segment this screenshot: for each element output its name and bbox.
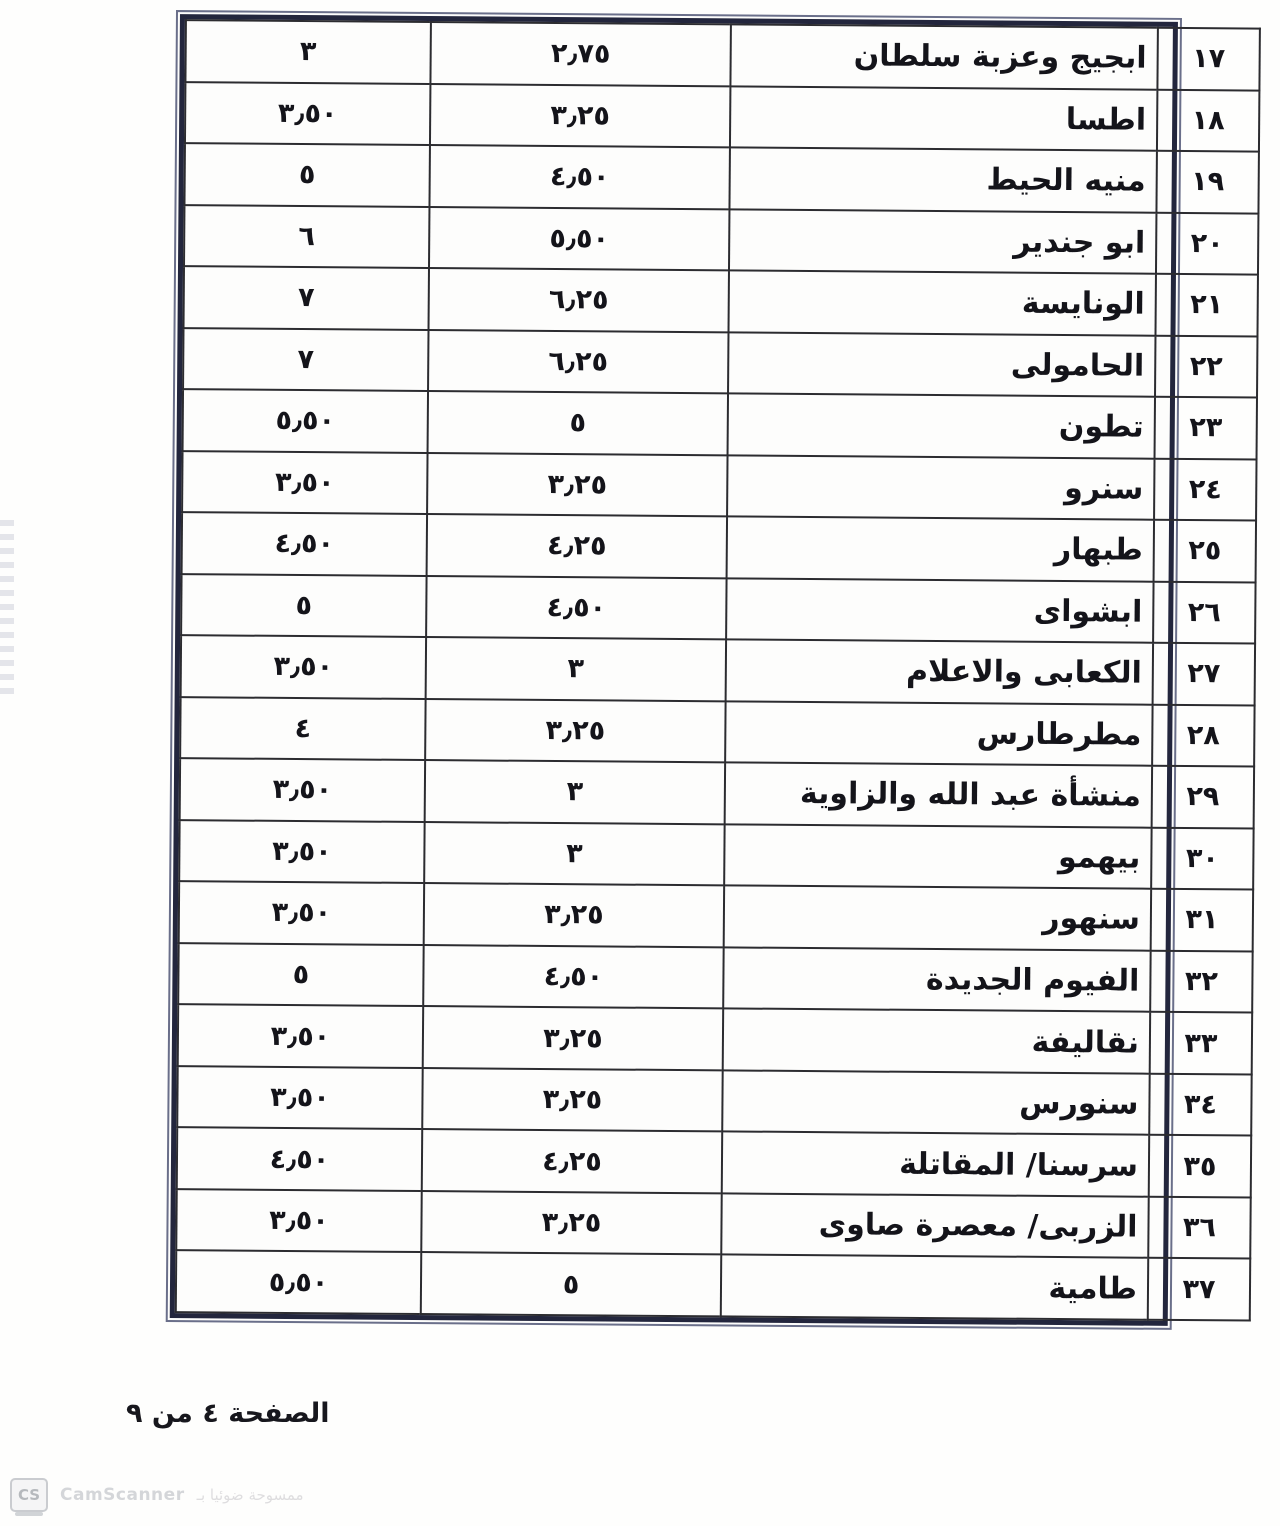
row-number: ٣٢	[1150, 950, 1252, 1012]
table-row: ١٩منيه الحيط٤٫٥٠٥	[184, 143, 1258, 213]
table-row: ٢٧الكعابى والاعلام٣٣٫٥٠	[181, 635, 1255, 705]
row-number: ٣٣	[1150, 1012, 1252, 1074]
data-table-frame: ١٧ابجيج وعزبة سلطان٢٫٧٥٣١٨اطسا٣٫٢٥٣٫٥٠١٩…	[166, 10, 1182, 1330]
table-row: ٢٣تطون٥٥٫٥٠	[183, 389, 1257, 459]
row-number: ٢٧	[1153, 643, 1255, 705]
table-row: ٢١الونايسة٦٫٢٥٧	[184, 266, 1258, 336]
value-secondary: ٧	[184, 266, 429, 329]
value-primary: ٣٫٢٥	[421, 1191, 721, 1255]
table-row: ١٧ابجيج وعزبة سلطان٢٫٧٥٣	[185, 20, 1259, 90]
row-number: ٢٣	[1155, 397, 1257, 459]
value-secondary: ٣٫٥٠	[180, 758, 425, 821]
value-primary: ٣٫٢٥	[422, 1068, 722, 1132]
row-number: ٢٥	[1154, 520, 1256, 582]
value-primary: ٤٫٢٥	[427, 514, 727, 578]
table-row: ٢٢الحامولى٦٫٢٥٧	[183, 328, 1257, 398]
value-primary: ٦٫٢٥	[429, 268, 729, 332]
place-name: طامية	[721, 1255, 1148, 1320]
place-name: ابجيج وعزبة سلطان	[730, 24, 1157, 89]
place-name: سنورس	[722, 1070, 1149, 1135]
place-name: سنهور	[724, 886, 1151, 951]
place-name: ابشواى	[726, 578, 1153, 643]
row-number: ١٩	[1156, 151, 1258, 213]
row-number: ٢٤	[1154, 458, 1256, 520]
value-primary: ٤٫٥٠	[429, 145, 729, 209]
place-name: مطرطارس	[725, 701, 1152, 766]
value-secondary: ٥	[184, 143, 429, 206]
page-number-label: الصفحة ٤ من ٩	[126, 1398, 329, 1429]
value-secondary: ٣٫٥٠	[182, 451, 427, 514]
place-name: طبهار	[727, 517, 1154, 582]
camscanner-app-name: CamScanner	[60, 1485, 185, 1505]
place-name: الونايسة	[729, 270, 1156, 335]
value-secondary: ٤٫٥٠	[182, 512, 427, 575]
row-number: ٢٢	[1155, 335, 1257, 397]
value-primary: ٦٫٢٥	[428, 330, 728, 394]
row-number: ٣٤	[1149, 1073, 1251, 1135]
place-name: اطسا	[730, 86, 1157, 151]
row-number: ١٨	[1157, 89, 1259, 151]
value-primary: ٢٫٧٥	[430, 22, 730, 86]
value-primary: ٣٫٢٥	[423, 1006, 723, 1070]
value-secondary: ٥	[181, 574, 426, 637]
value-secondary: ٤٫٥٠	[177, 1127, 422, 1190]
value-secondary: ٣٫٥٠	[185, 82, 430, 145]
row-number: ٣٠	[1151, 827, 1253, 889]
table-row: ٣٧طامية٥٥٫٥٠	[176, 1250, 1250, 1320]
value-primary: ٥	[428, 391, 728, 455]
row-number: ٢١	[1155, 274, 1257, 336]
table-row: ٣٢الفيوم الجديدة٤٫٥٠٥	[178, 943, 1252, 1013]
row-number: ٣٦	[1148, 1197, 1250, 1259]
table-row: ٣٥سرسنا/ المقاتلة٤٫٢٥٤٫٥٠	[177, 1127, 1251, 1197]
place-name: منشأة عبد الله والزاوية	[725, 763, 1152, 828]
value-primary: ٣	[424, 822, 724, 886]
value-secondary: ٣٫٥٠	[181, 635, 426, 698]
place-name: بيهمو	[724, 824, 1151, 889]
table-row: ٢٠ابو جندير٥٫٥٠٦	[184, 205, 1258, 275]
value-primary: ٣٫٢٥	[427, 453, 727, 517]
table-row: ٣٠بيهمو٣٣٫٥٠	[179, 820, 1253, 890]
data-table-border: ١٧ابجيج وعزبة سلطان٢٫٧٥٣١٨اطسا٣٫٢٥٣٫٥٠١٩…	[170, 14, 1178, 1326]
place-name: الفيوم الجديدة	[723, 947, 1150, 1012]
value-primary: ٥٫٥٠	[429, 207, 729, 271]
value-primary: ٣	[425, 760, 725, 824]
value-primary: ٣٫٢٥	[425, 699, 725, 763]
place-name: سنرو	[727, 455, 1154, 520]
row-number: ٣١	[1151, 889, 1253, 951]
table-row: ٢٩منشأة عبد الله والزاوية٣٣٫٥٠	[180, 758, 1254, 828]
camscanner-watermark: CS CamScanner ممسوحة ضوئيا بـ	[10, 1478, 304, 1512]
table-row: ٢٥طبهار٤٫٢٥٤٫٥٠	[182, 512, 1256, 582]
value-primary: ٤٫٥٠	[426, 576, 726, 640]
value-secondary: ٥٫٥٠	[176, 1250, 421, 1314]
value-secondary: ٤	[180, 697, 425, 760]
row-number: ٢٨	[1152, 704, 1254, 766]
place-name: الكعابى والاعلام	[726, 640, 1153, 705]
camscanner-arabic-note: ممسوحة ضوئيا بـ	[197, 1486, 304, 1504]
place-name: سرسنا/ المقاتلة	[722, 1132, 1149, 1197]
value-primary: ٤٫٢٥	[422, 1129, 722, 1193]
value-secondary: ٣٫٥٠	[176, 1189, 421, 1252]
value-secondary: ٣٫٥٠	[179, 820, 424, 883]
table-row: ٣٦الزربى/ معصرة صاوى٣٫٢٥٣٫٥٠	[176, 1189, 1250, 1259]
scanned-page: ١٧ابجيج وعزبة سلطان٢٫٧٥٣١٨اطسا٣٫٢٥٣٫٥٠١٩…	[0, 0, 1280, 1526]
value-primary: ٣٫٢٥	[424, 883, 724, 947]
value-secondary: ٣	[185, 20, 430, 83]
place-name: الحامولى	[728, 332, 1155, 397]
value-secondary: ٥٫٥٠	[183, 389, 428, 452]
row-number: ٣٧	[1148, 1258, 1250, 1320]
value-secondary: ٦	[184, 205, 429, 268]
place-name: منيه الحيط	[729, 147, 1156, 212]
table-row: ٢٨مطرطارس٣٫٢٥٤	[180, 697, 1254, 767]
table-row: ٣١سنهور٣٫٢٥٣٫٥٠	[179, 881, 1253, 951]
place-name: تطون	[728, 393, 1155, 458]
row-number: ٢٦	[1153, 581, 1255, 643]
value-secondary: ٧	[183, 328, 428, 391]
table-row: ٣٤سنورس٣٫٢٥٣٫٥٠	[177, 1066, 1251, 1136]
value-secondary: ٣٫٥٠	[177, 1066, 422, 1129]
value-secondary: ٣٫٥٠	[178, 1004, 423, 1067]
row-number: ٣٥	[1149, 1135, 1251, 1197]
row-number: ٢٩	[1152, 766, 1254, 828]
place-name: ابو جندير	[729, 209, 1156, 274]
row-number: ٢٠	[1156, 212, 1258, 274]
table-row: ٢٤سنرو٣٫٢٥٣٫٥٠	[182, 451, 1256, 521]
place-name: الزربى/ معصرة صاوى	[721, 1193, 1148, 1258]
place-name: نقاليفة	[723, 1009, 1150, 1074]
value-secondary: ٥	[178, 943, 423, 1006]
scan-artifact	[0, 520, 14, 700]
table-row: ١٨اطسا٣٫٢٥٣٫٥٠	[185, 82, 1259, 152]
value-primary: ٤٫٥٠	[423, 945, 723, 1009]
table-row: ٢٦ابشواى٤٫٥٠٥	[181, 574, 1255, 644]
villages-price-table: ١٧ابجيج وعزبة سلطان٢٫٧٥٣١٨اطسا٣٫٢٥٣٫٥٠١٩…	[175, 19, 1261, 1321]
camscanner-logo-icon: CS	[10, 1478, 48, 1512]
value-primary: ٣٫٢٥	[430, 84, 730, 148]
value-primary: ٥	[421, 1252, 721, 1316]
table-row: ٣٣نقاليفة٣٫٢٥٣٫٥٠	[178, 1004, 1252, 1074]
value-primary: ٣	[426, 637, 726, 701]
row-number: ١٧	[1157, 28, 1259, 90]
value-secondary: ٣٫٥٠	[179, 881, 424, 944]
